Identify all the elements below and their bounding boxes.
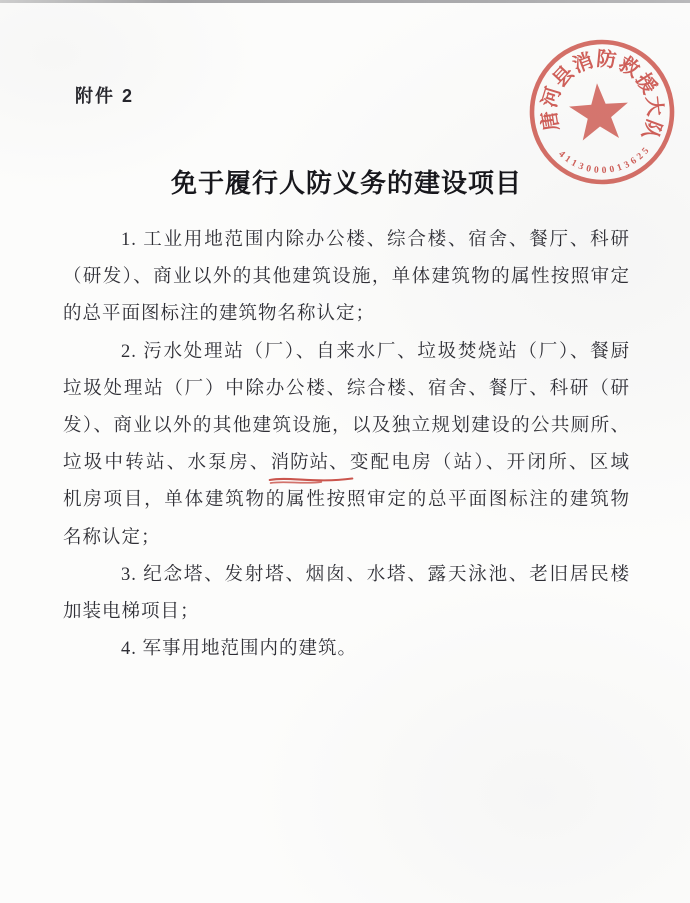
body-text: 变配电房（站）、开闭所、区域 bbox=[349, 453, 630, 473]
body-line: 4. 军事用地范围内的建筑。 bbox=[63, 631, 630, 668]
red-underline-annotation bbox=[268, 475, 354, 486]
body-line: 机房项目，单体建筑物的属性按照审定的总平面图标注的建筑物 bbox=[63, 482, 630, 519]
document-body: 1. 工业用地范围内除办公楼、综合楼、宿舍、餐厅、科研 （研发）、商业以外的其他… bbox=[63, 222, 630, 668]
scanned-document-page: 附件 2 免于履行人防义务的建设项目 1. 工业用地范围内除办公楼、综合楼、宿舍… bbox=[0, 0, 690, 903]
body-line: 垃圾中转站、水泵房、消防站、变配电房（站）、开闭所、区域 bbox=[63, 445, 630, 482]
body-line: 2. 污水处理站（厂）、自来水厂、垃圾焚烧站（厂）、餐厨 bbox=[63, 334, 630, 371]
body-line: 垃圾处理站（厂）中除办公楼、综合楼、宿舍、餐厅、科研（研 bbox=[63, 371, 630, 408]
highlighted-term-text: 消防站、 bbox=[271, 453, 349, 473]
body-text: 垃圾中转站、水泵房、 bbox=[63, 453, 271, 473]
body-line: （研发）、商业以外的其他建筑设施，单体建筑物的属性按照审定 bbox=[63, 259, 630, 296]
body-line: 名称认定； bbox=[63, 520, 630, 557]
highlighted-term: 消防站、 bbox=[271, 445, 349, 482]
body-line: 发）、商业以外的其他建筑设施，以及独立规划建设的公共厕所、 bbox=[63, 408, 630, 445]
body-line: 1. 工业用地范围内除办公楼、综合楼、宿舍、餐厅、科研 bbox=[63, 222, 630, 259]
body-line: 加装电梯项目； bbox=[63, 594, 630, 631]
body-line: 3. 纪念塔、发射塔、烟囱、水塔、露天泳池、老旧居民楼 bbox=[63, 557, 630, 594]
seal-star-icon bbox=[568, 81, 631, 141]
scan-edge-artifact bbox=[0, 0, 690, 3]
body-line: 的总平面图标注的建筑物名称认定； bbox=[63, 296, 630, 333]
attachment-label: 附件 2 bbox=[75, 82, 134, 108]
official-seal: 唐河县消防救援大队 4113000013625 bbox=[506, 16, 690, 208]
